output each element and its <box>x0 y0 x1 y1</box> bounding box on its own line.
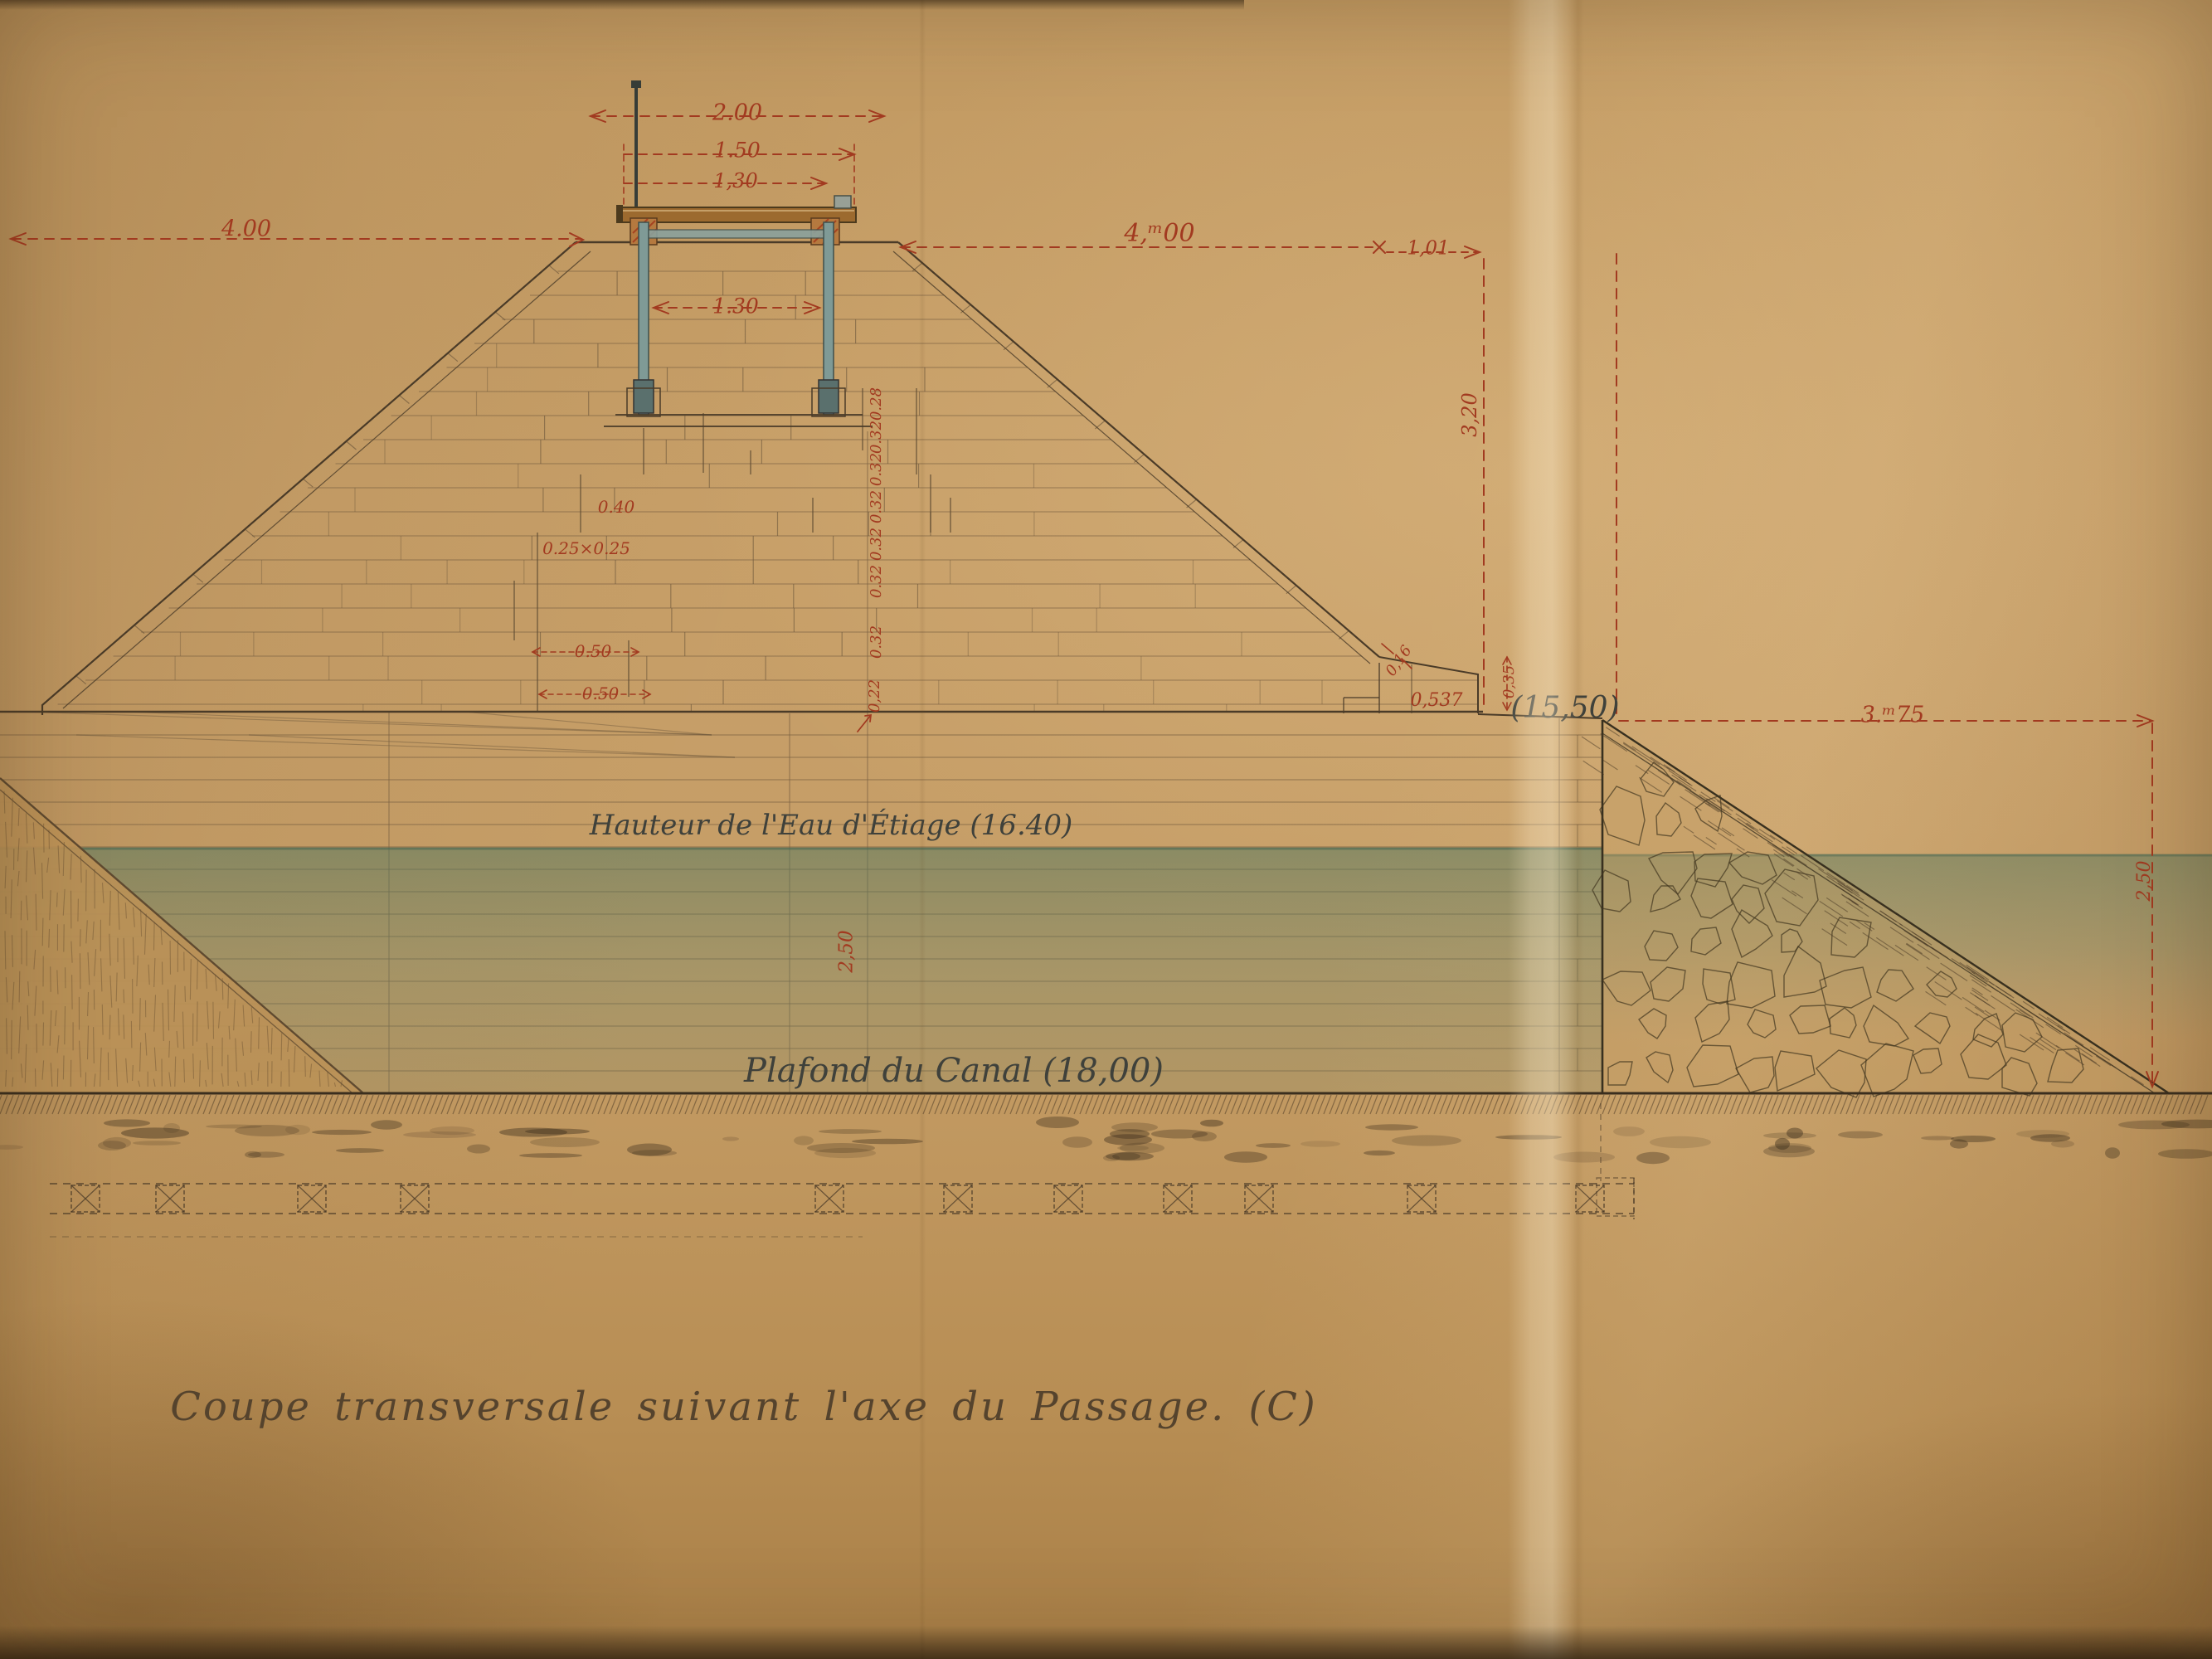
pile-row-lines <box>50 1103 1634 1237</box>
dim-left-offset: 4.00 <box>221 218 271 241</box>
dim-course-1: 0.32 <box>869 421 884 454</box>
water-level-label: Hauteur de l'Eau d'Étiage (16.40) <box>590 811 1073 839</box>
dam-course-lines <box>58 271 1478 704</box>
beam-right-block <box>834 196 851 208</box>
gate-structure <box>604 80 873 426</box>
dim-course-6: 0.32 <box>869 625 884 659</box>
dim-course-b: 0.25×0.25 <box>542 540 630 557</box>
dim-right-offset2: 1,01 <box>1407 240 1449 259</box>
dim-course-a: 0.40 <box>598 499 635 515</box>
rod-cap <box>631 80 641 88</box>
crest-elevation-label: (15,50) <box>1510 693 1619 723</box>
dim-upper-width2: 1,30 <box>713 171 757 191</box>
dam-slope-ticks <box>76 263 1349 684</box>
dim-upper-width: 1.50 <box>714 140 761 161</box>
dim-top-width: 2.00 <box>712 102 762 124</box>
dim-corbel-width: 0,537 <box>1411 692 1463 710</box>
dim-course-5: 0.32 <box>869 565 884 598</box>
dim-course-7: 0,22 <box>868 679 882 713</box>
beam-left-cap <box>616 205 623 223</box>
dim-course-3: 0.32 <box>869 490 884 523</box>
dim-canal-depth: 2,50 <box>838 930 857 972</box>
dim-course-4: 0.32 <box>869 528 884 561</box>
dim-course-2: 0.32 <box>869 453 884 486</box>
dam-masonry-joints <box>175 271 1322 712</box>
dim-course-d: 0.50 <box>582 685 620 702</box>
dim-course-c: 0.50 <box>575 643 612 659</box>
dim-apron-height: 2,50 <box>2136 861 2154 902</box>
post-foot-left <box>634 380 654 413</box>
pile-symbols <box>71 1185 1604 1212</box>
dim-course-0: 0.28 <box>869 387 884 421</box>
drawing-sheet: 2.00 1.50 1,30 1.30 4.00 4,ᵐ00 1,01 3,20… <box>0 0 2212 1659</box>
drawing-caption: Coupe transversale suivant l'axe du Pass… <box>170 1387 1317 1427</box>
canal-floor-label: Plafond du Canal (18,00) <box>744 1054 1164 1087</box>
dim-right-offset: 4,ᵐ00 <box>1124 221 1194 246</box>
ground-texture <box>0 1095 2212 1164</box>
post-foot-right <box>819 380 839 413</box>
dam-outline <box>0 242 1602 718</box>
dim-apron-width: 3.ᵐ75 <box>1861 704 1925 727</box>
gate-tie-bar <box>649 230 824 238</box>
dim-clear-span: 1.30 <box>712 296 759 317</box>
dim-crest-height: 3,20 <box>1460 392 1480 436</box>
